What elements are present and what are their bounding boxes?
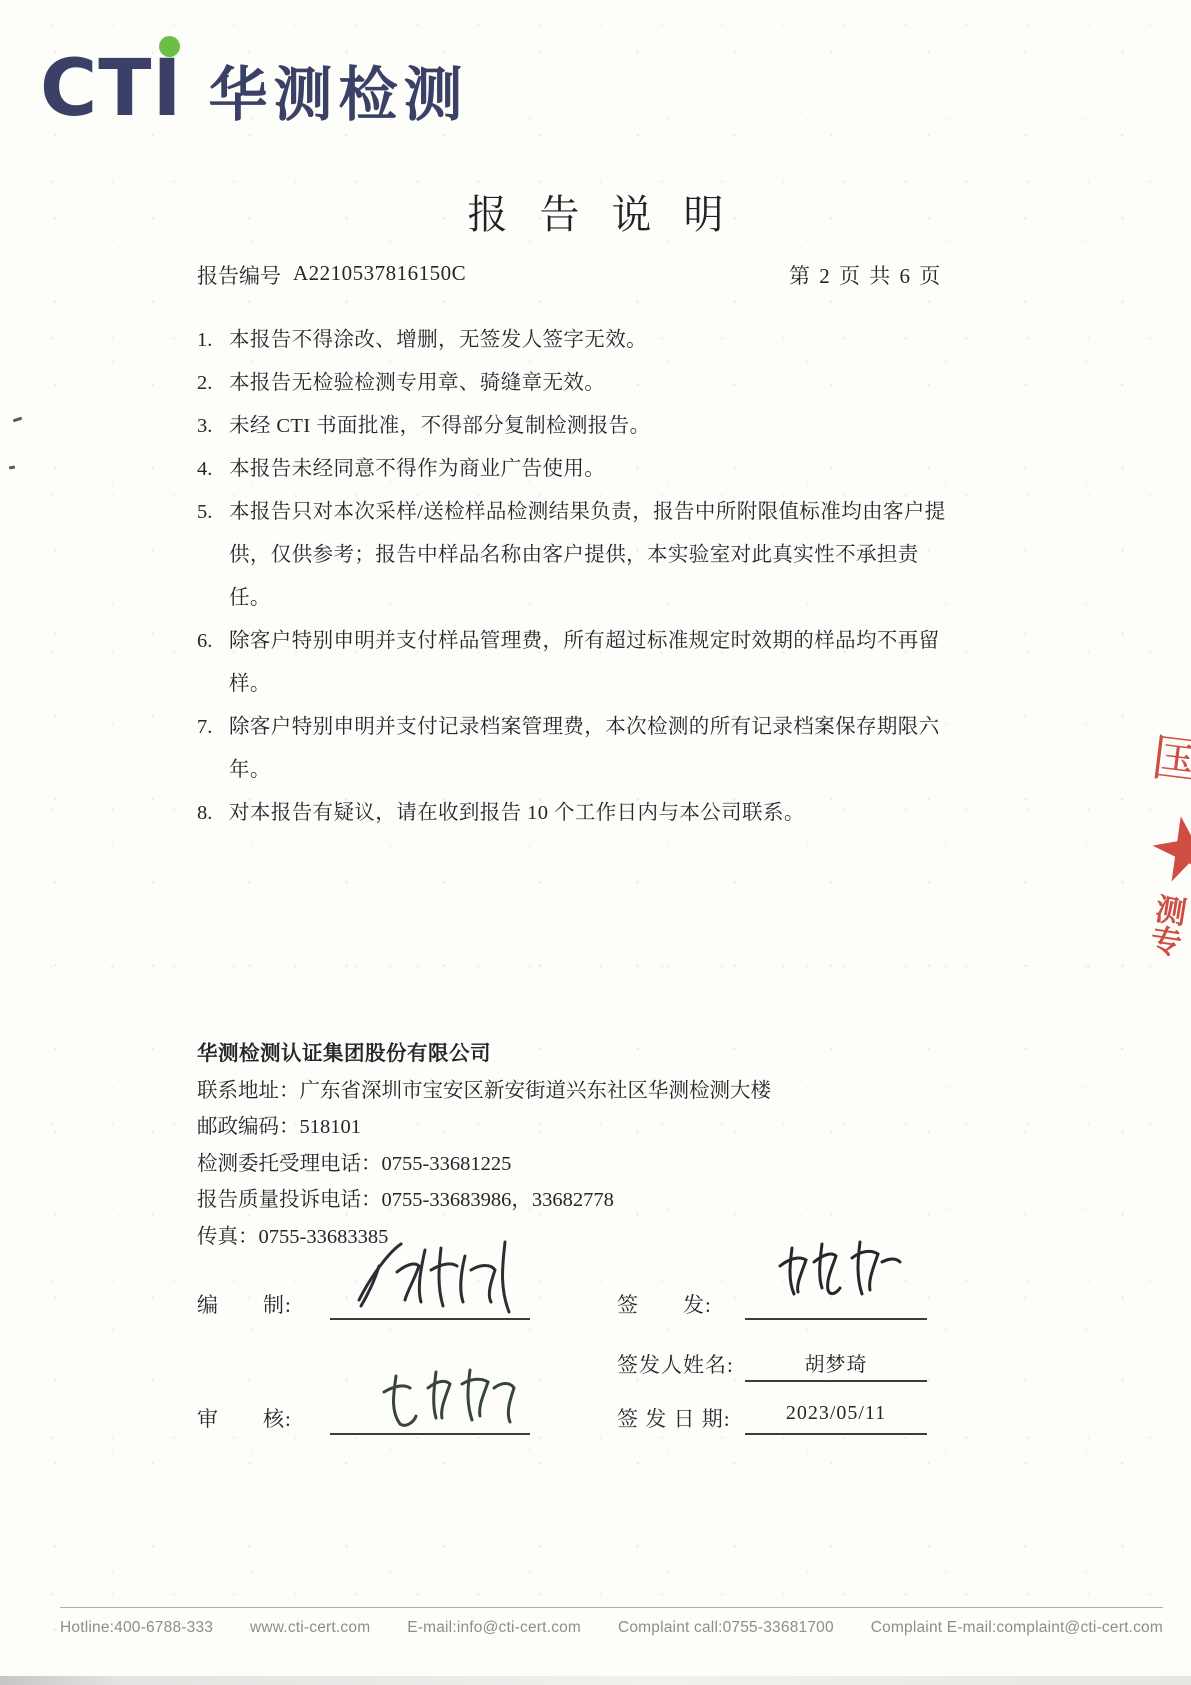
note-number: 1. (197, 319, 229, 362)
company-lines: 联系地址：广东省深圳市宝安区新安街道兴东社区华测检测大楼 邮政编码：518101… (197, 1073, 771, 1256)
page-title: 报告说明 (0, 183, 1191, 240)
company-info-line: 邮政编码：518101 (197, 1109, 771, 1146)
seal-fragment-character: 国 (1149, 732, 1191, 788)
seal-fragment-text: 测专 (1148, 893, 1191, 960)
company-info-block: 华测检测认证集团股份有限公司 联系地址：广东省深圳市宝安区新安街道兴东社区华测检… (197, 1036, 771, 1255)
page-number-info: 第 2 页 共 6 页 (789, 260, 942, 290)
note-text: 本报告无检验检测专用章、骑缝章无效。 (229, 362, 953, 405)
report-number-value: A2210537816150C (293, 261, 466, 286)
note-number: 8. (197, 792, 229, 835)
company-info-line: 联系地址：广东省深圳市宝安区新安街道兴东社区华测检测大楼 (197, 1073, 771, 1110)
scan-speck (13, 417, 22, 423)
issued-signature-handwriting (770, 1236, 905, 1308)
note-item: 8. 对本报告有疑议，请在收到报告 10 个工作日内与本公司联系。 (197, 792, 957, 835)
footer-contact-item: E-mail:info@cti-cert.com (407, 1619, 581, 1637)
cti-logo: CTI 华测检测 (40, 50, 469, 128)
footer-contact-item: Complaint E-mail:complaint@cti-cert.com (871, 1619, 1163, 1637)
reviewed-signature-handwriting (372, 1366, 522, 1432)
issuer-name-label: 签发人姓名: (617, 1349, 734, 1379)
issued-signature-line (745, 1318, 927, 1320)
footer-divider (60, 1607, 1163, 1608)
note-item: 1. 本报告不得涂改、增删，无签发人签字无效。 (197, 319, 957, 362)
note-text: 本报告未经同意不得作为商业广告使用。 (229, 448, 953, 491)
prepared-by-label: 编 制: (197, 1289, 292, 1319)
note-item: 5. 本报告只对本次采样/送检样品检测结果负责，报告中所附限值标准均由客户提供，… (197, 491, 957, 620)
company-name: 华测检测认证集团股份有限公司 (197, 1036, 771, 1073)
cti-logo-letters: CTI (40, 50, 182, 128)
issue-date-value: 2023/05/11 (745, 1402, 927, 1425)
report-number-label: 报告编号 (197, 260, 281, 290)
note-text: 对本报告有疑议，请在收到报告 10 个工作日内与本公司联系。 (229, 792, 953, 835)
seal-star-icon: ★ (1141, 800, 1191, 898)
note-text: 本报告只对本次采样/送检样品检测结果负责，报告中所附限值标准均由客户提供，仅供参… (229, 491, 953, 620)
report-notes-list: 1. 本报告不得涂改、增删，无签发人签字无效。 2. 本报告无检验检测专用章、骑… (197, 319, 957, 835)
note-number: 5. (197, 491, 229, 620)
cti-logo-chinese: 华测检测 (208, 65, 468, 124)
note-text: 本报告不得涂改、增删，无签发人签字无效。 (229, 319, 953, 362)
prepared-signature-line (330, 1318, 530, 1320)
note-item: 6. 除客户特别申明并支付样品管理费，所有超过标准规定时效期的样品均不再留样。 (197, 620, 957, 706)
prepared-signature-handwriting (345, 1236, 525, 1318)
company-info-line: 报告质量投诉电话：0755-33683986，33682778 (197, 1182, 771, 1219)
note-text: 除客户特别申明并支付样品管理费，所有超过标准规定时效期的样品均不再留样。 (229, 620, 953, 706)
report-page: CTI 华测检测 报告说明 报告编号 A2210537816150C 第 2 页… (0, 0, 1191, 1685)
scan-edge-shadow (0, 1676, 1191, 1685)
note-number: 3. (197, 405, 229, 448)
note-number: 7. (197, 706, 229, 792)
issuer-name-line (745, 1380, 927, 1382)
note-text: 未经 CTI 书面批准，不得部分复制检测报告。 (229, 405, 953, 448)
reviewed-by-label: 审 核: (197, 1403, 292, 1433)
note-item: 3. 未经 CTI 书面批准，不得部分复制检测报告。 (197, 405, 957, 448)
cti-logo-text: CTI (40, 44, 182, 134)
note-number: 4. (197, 448, 229, 491)
note-number: 2. (197, 362, 229, 405)
issue-date-line (745, 1433, 927, 1435)
note-item: 2. 本报告无检验检测专用章、骑缝章无效。 (197, 362, 957, 405)
company-info-line: 检测委托受理电话：0755-33681225 (197, 1146, 771, 1183)
reviewed-signature-line (330, 1433, 530, 1435)
footer-contact-item: Hotline:400-6788-333 (60, 1619, 213, 1637)
footer-contact-item: Complaint call:0755-33681700 (618, 1619, 834, 1637)
note-number: 6. (197, 620, 229, 706)
issue-date-label: 签 发 日 期: (617, 1403, 731, 1433)
footer-contact-item: www.cti-cert.com (250, 1619, 370, 1637)
note-item: 4. 本报告未经同意不得作为商业广告使用。 (197, 448, 957, 491)
issuer-name-value: 胡梦琦 (745, 1348, 927, 1377)
note-item: 7. 除客户特别申明并支付记录档案管理费，本次检测的所有记录档案保存期限六年。 (197, 706, 957, 792)
scan-speck (9, 466, 15, 470)
note-text: 除客户特别申明并支付记录档案管理费，本次检测的所有记录档案保存期限六年。 (229, 706, 953, 792)
issued-by-label: 签 发: (617, 1289, 712, 1319)
footer-contact-row: Hotline:400-6788-333 www.cti-cert.com E-… (60, 1619, 1163, 1637)
